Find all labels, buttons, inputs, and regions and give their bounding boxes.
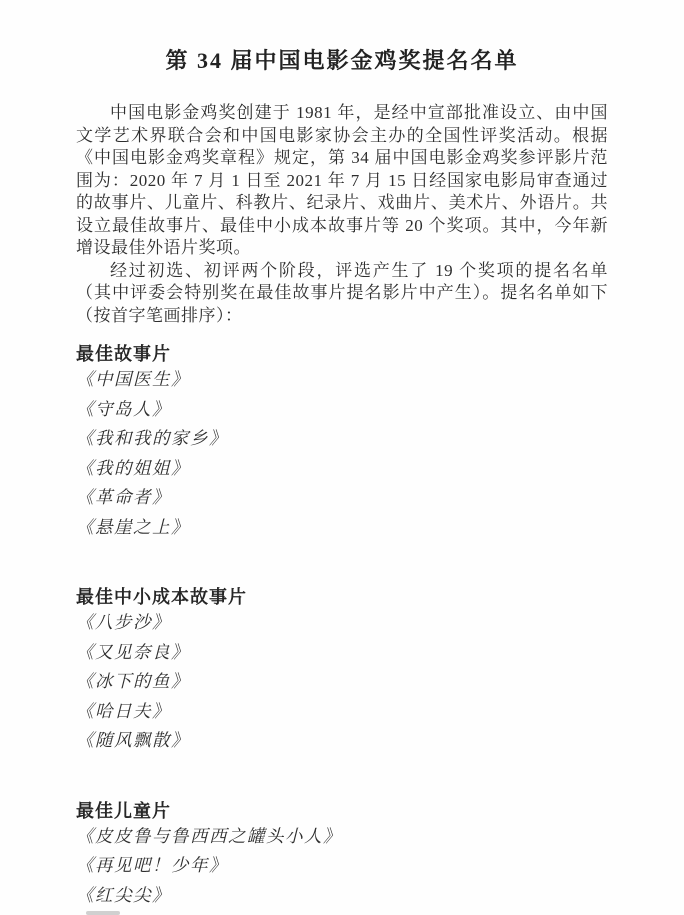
film-title: 《皮皮鲁与鲁西西之罐头小人》: [76, 822, 608, 852]
section-heading: 最佳故事片: [76, 343, 608, 365]
process-paragraph: 经过初选、初评两个阶段，评选产生了 19 个奖项的提名名单（其中评委会特别奖在最…: [76, 260, 608, 328]
document-page: 第 34 届中国电影金鸡奖提名名单 中国电影金鸡奖创建于 1981 年，是经中宣…: [0, 0, 684, 915]
nomination-sections: 最佳故事片 《中国医生》《守岛人》《我和我的家乡》《我的姐姐》《革命者》《悬崖之…: [76, 343, 608, 910]
film-title: 《哈日夫》: [76, 697, 608, 727]
film-title: 《再见吧！少年》: [76, 851, 608, 881]
film-title: 《八步沙》: [76, 608, 608, 638]
cutoff-next-line-fragment: [86, 911, 120, 915]
film-list: 《中国医生》《守岛人》《我和我的家乡》《我的姐姐》《革命者》《悬崖之上》: [76, 365, 608, 542]
film-title: 《革命者》: [76, 483, 608, 513]
section-heading: 最佳中小成本故事片: [76, 586, 608, 608]
film-title: 《红尖尖》: [76, 881, 608, 911]
film-list: 《皮皮鲁与鲁西西之罐头小人》《再见吧！少年》《红尖尖》: [76, 822, 608, 911]
film-title: 《守岛人》: [76, 395, 608, 425]
award-section: 最佳故事片 《中国医生》《守岛人》《我和我的家乡》《我的姐姐》《革命者》《悬崖之…: [76, 343, 608, 542]
film-title: 《又见奈良》: [76, 638, 608, 668]
intro-paragraph: 中国电影金鸡奖创建于 1981 年，是经中宣部批准设立、由中国文学艺术界联合会和…: [76, 102, 608, 260]
film-title: 《中国医生》: [76, 365, 608, 395]
award-section: 最佳儿童片 《皮皮鲁与鲁西西之罐头小人》《再见吧！少年》《红尖尖》: [76, 800, 608, 911]
award-section: 最佳中小成本故事片 《八步沙》《又见奈良》《冰下的鱼》《哈日夫》《随风飘散》: [76, 586, 608, 756]
film-title: 《随风飘散》: [76, 726, 608, 756]
film-list: 《八步沙》《又见奈良》《冰下的鱼》《哈日夫》《随风飘散》: [76, 608, 608, 756]
film-title: 《我的姐姐》: [76, 454, 608, 484]
film-title: 《冰下的鱼》: [76, 667, 608, 697]
film-title: 《我和我的家乡》: [76, 424, 608, 454]
film-title: 《悬崖之上》: [76, 513, 608, 543]
page-title: 第 34 届中国电影金鸡奖提名名单: [76, 46, 608, 76]
section-heading: 最佳儿童片: [76, 800, 608, 822]
